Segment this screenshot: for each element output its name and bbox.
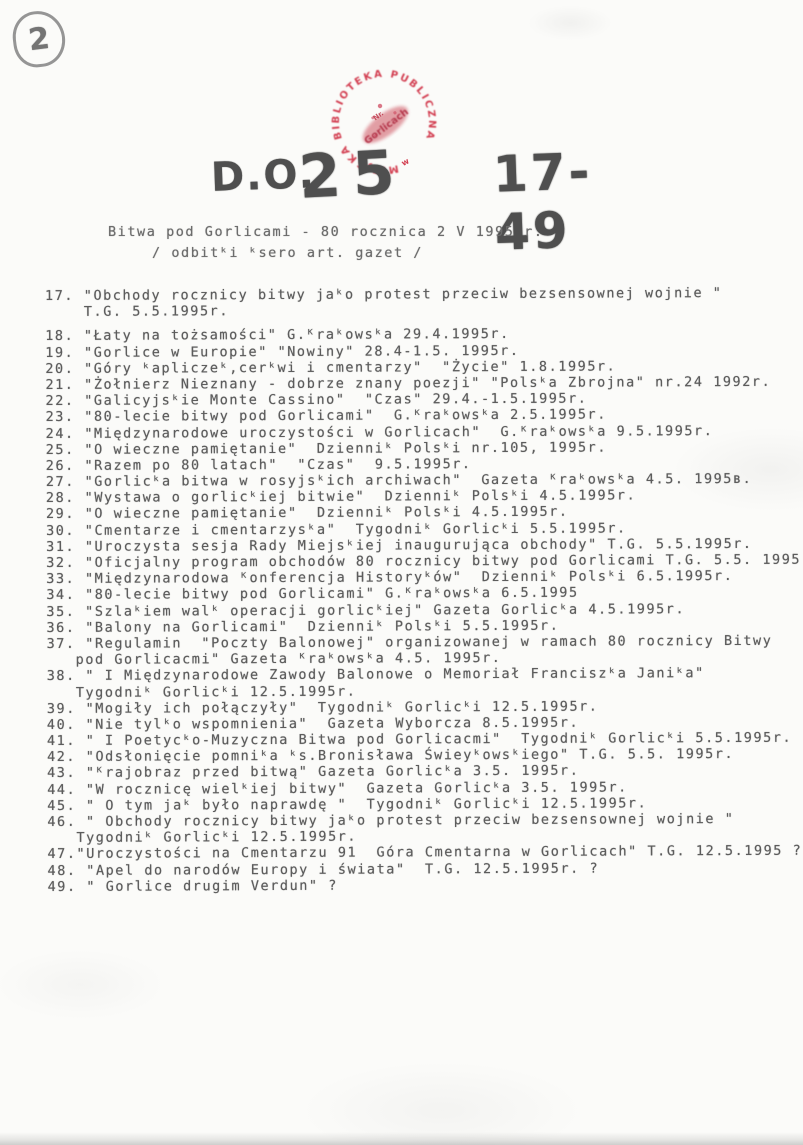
bibliography-list: 17. "Obchody rocznicy bitwy jaᵏo protest… bbox=[45, 285, 803, 895]
handwritten-page-number: 2 bbox=[10, 8, 68, 70]
bibliography-entry: 49. " Gorlice drugim Verdun" ? bbox=[48, 875, 803, 895]
entry-line: 21. "Żołnierz Nieznany - dobrze znany po… bbox=[45, 374, 803, 394]
bibliography-entry: 38. " I Międzynarodowe Zawody Balonowe o… bbox=[47, 665, 803, 701]
entry-line: 24. "Międzynarodowe uroczystości w Gorli… bbox=[46, 422, 803, 442]
handwritten-range: 17-49 bbox=[492, 142, 595, 261]
bibliography-entry: 17. "Obchody rocznicy bitwy jaᵏo protest… bbox=[45, 285, 803, 321]
document-title: Bitwa pod Gorlicami - 80 rocznica 2 V 19… bbox=[108, 224, 544, 240]
handwritten-number: 25 bbox=[297, 137, 408, 213]
bibliography-entry: 47."Uroczystości na Cmentarzu 91 Góra Cm… bbox=[47, 843, 803, 863]
bibliography-entry: 46. " Obchody rocznicy bitwy jaᵏo protes… bbox=[47, 811, 803, 847]
scan-edge-shadow bbox=[0, 1132, 803, 1145]
bibliography-entry: 37. "Regulamin "Poczty Balonowej" organi… bbox=[47, 633, 803, 669]
entry-wrap-line: T.G. 5.5.1995r. bbox=[45, 301, 803, 321]
document-subtitle: / odbitᵏi ᵏsero art. gazet / bbox=[152, 245, 423, 261]
page-number-digit: 2 bbox=[27, 20, 52, 57]
entry-line: 37. "Regulamin "Poczty Balonowej" organi… bbox=[47, 633, 803, 653]
scanned-document-page: 2 MIEJSKA BIBLIOTEKA PUBLICZNA w Nr. Gor… bbox=[0, 0, 803, 1145]
entry-line: 49. " Gorlice drugim Verdun" ? bbox=[48, 875, 803, 895]
entry-line: 47."Uroczystości na Cmentarzu 91 Góra Cm… bbox=[47, 843, 803, 863]
bibliography-entry: 21. "Żołnierz Nieznany - dobrze znany po… bbox=[45, 374, 803, 394]
bibliography-entry: 24. "Międzynarodowe uroczystości w Gorli… bbox=[46, 422, 803, 442]
entry-line: 38. " I Międzynarodowe Zawody Balonowe o… bbox=[47, 665, 803, 685]
